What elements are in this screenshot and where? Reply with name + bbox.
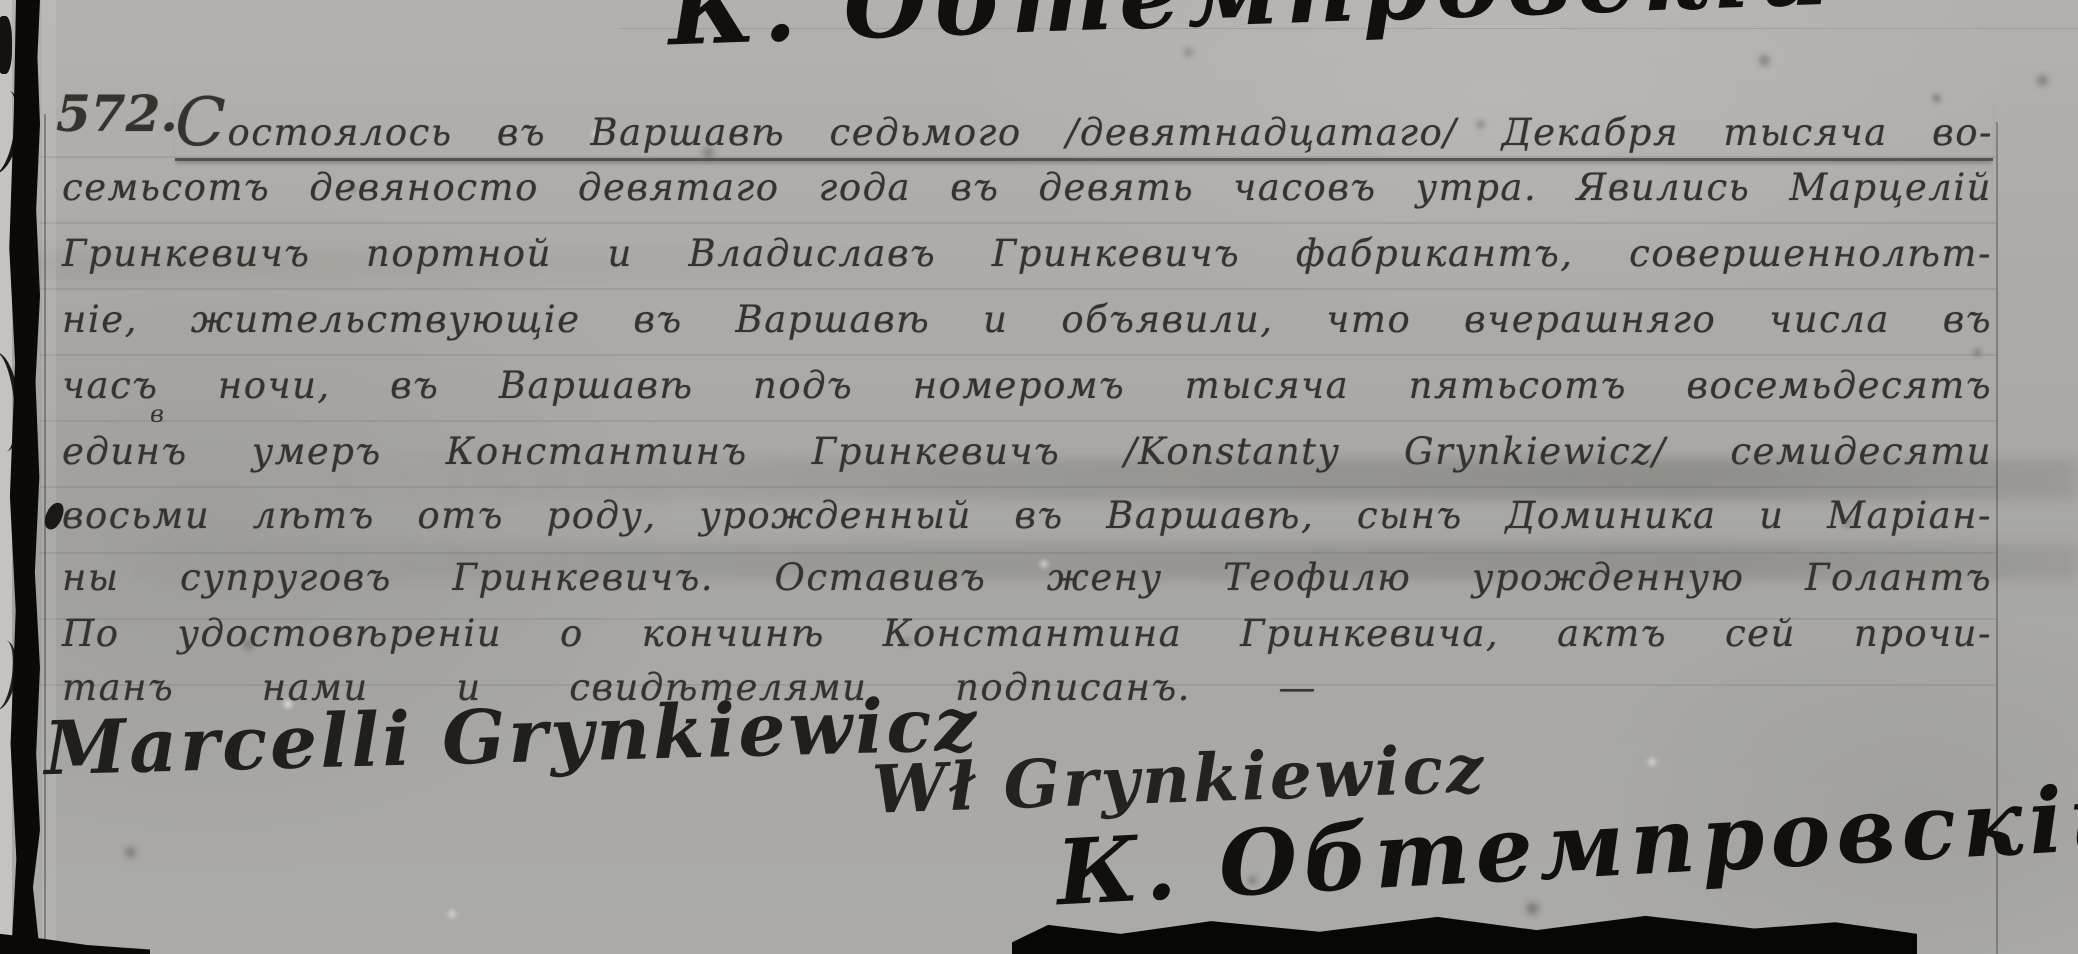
- interline-correction-mark: в: [150, 400, 164, 428]
- manuscript-line-2: семьсотъ девяносто девятаго года въ девя…: [62, 166, 1992, 228]
- scanned-death-record-page: К. Обтемпровскій 572. Состоялось въ Варш…: [0, 0, 2078, 954]
- manuscript-line-3: Гринкевичъ портной и Владиславъ Гринкеви…: [62, 232, 1992, 294]
- manuscript-line-5: часъ ночи, въ Варшавѣ подъ номеромъ тыся…: [62, 364, 1992, 426]
- manuscript-line-9: По удостовѣреніи о кончинѣ Константина Г…: [62, 612, 1992, 674]
- manuscript-line-4: ніе, жительствующіе въ Варшавѣ и объявил…: [62, 298, 1992, 360]
- manuscript-line-6: единъ умеръ Константинъ Гринкевичъ /Kons…: [62, 430, 1992, 492]
- manuscript-line-1: Состоялось въ Варшавѣ седьмого /девятнад…: [175, 96, 1993, 161]
- manuscript-line-8: ны супруговъ Гринкевичъ. Оставивъ жену Т…: [62, 556, 1992, 618]
- manuscript-line-7: восьми лѣтъ отъ роду, урожденный въ Варш…: [62, 494, 1992, 556]
